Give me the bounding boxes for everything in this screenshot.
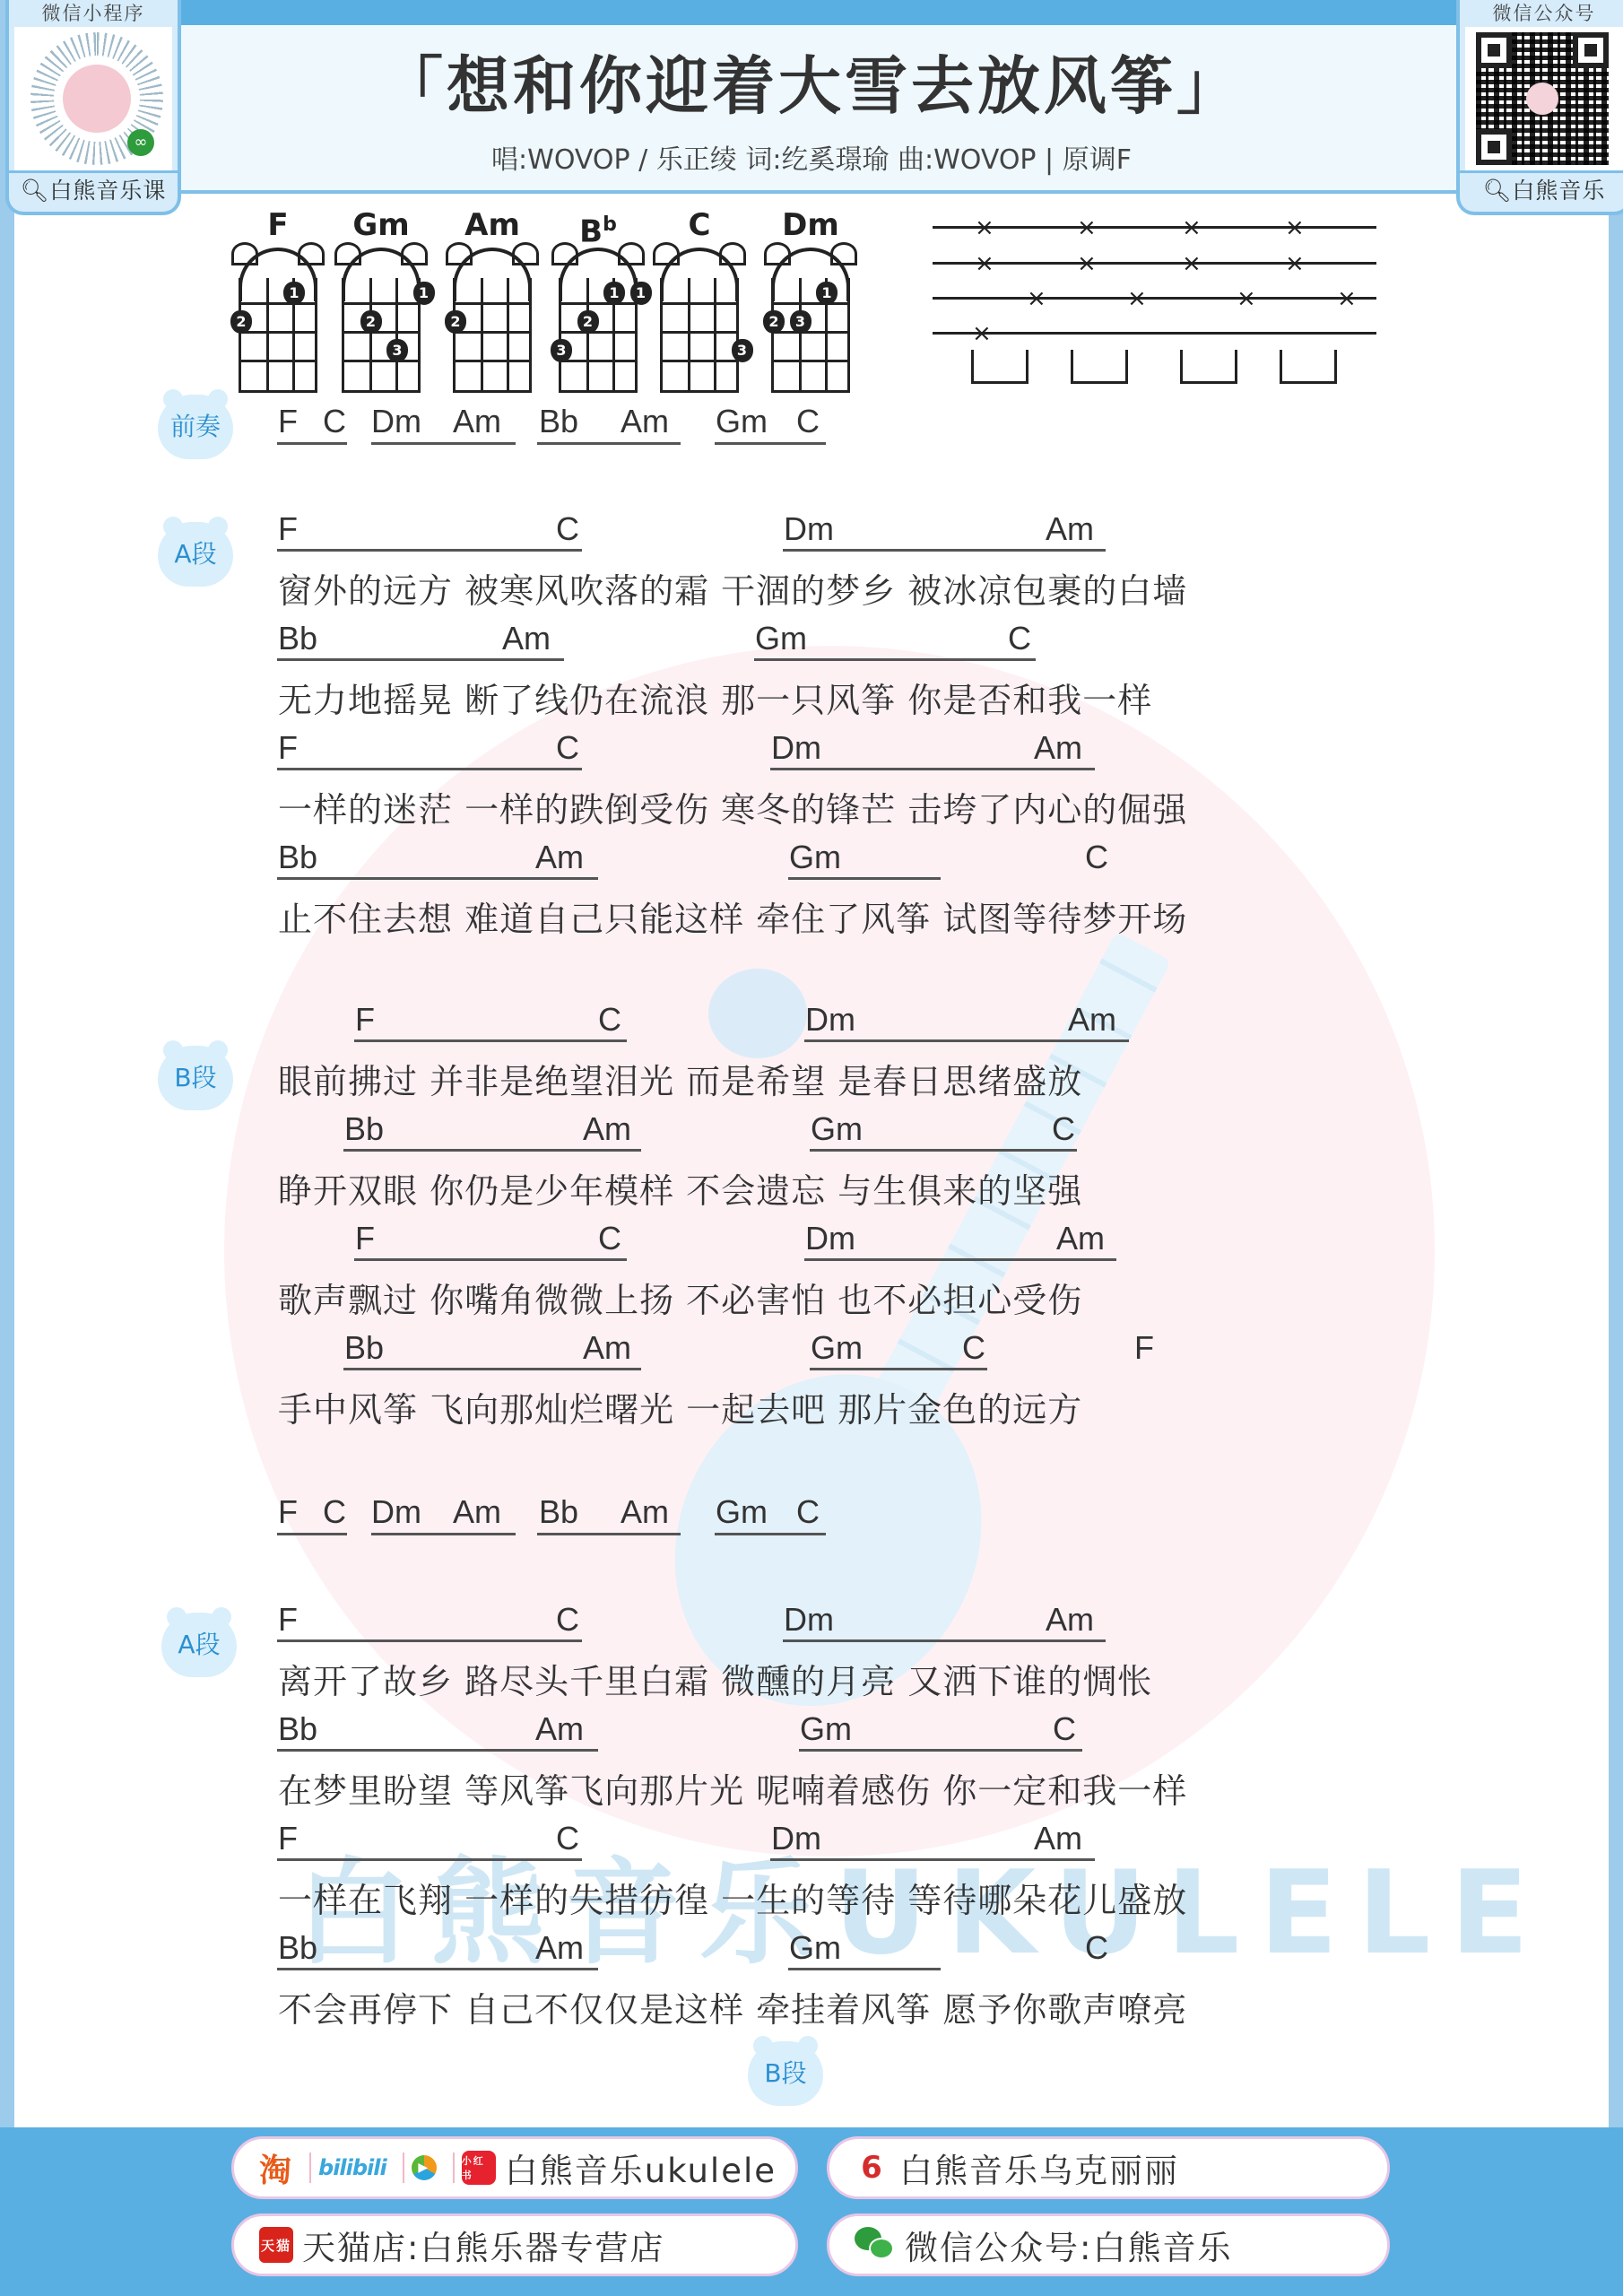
lyric-line: 无力地摇晃 断了线仍在流浪 那一只风筝 你是否和我一样	[278, 673, 1152, 722]
lyric-line: 一样的迷茫 一样的跌倒受伤 寒冬的锋芒 击垮了内心的倔强	[278, 782, 1187, 831]
rhythm-beam	[1071, 350, 1128, 384]
weibo-icon: 6	[855, 2152, 890, 2183]
chord-diagram: Bb1123	[551, 208, 645, 393]
strum-mark: ×	[1285, 219, 1303, 237]
strum-mark: ×	[1237, 290, 1254, 308]
lyric-line: 窗外的远方 被寒风吹落的霜 干涸的梦乡 被冰凉包裹的白墙	[278, 563, 1187, 613]
chord-symbol: F	[1134, 1330, 1154, 1366]
chord-line: FCDmAm	[0, 730, 1623, 770]
chord-symbol: Dm	[784, 511, 834, 547]
chord-line: BbAmGmC	[0, 1711, 1623, 1751]
finger-dot: 2	[577, 310, 599, 334]
chord-symbol: Dm	[771, 730, 821, 766]
bear-head-icon	[231, 242, 325, 278]
social-link-ukulele[interactable]: 淘 bilibili ▶ 小红书 白熊音乐ukulele	[231, 2136, 798, 2199]
chord-symbol: C	[556, 511, 579, 547]
chord-symbol: Bb	[278, 1711, 317, 1747]
strum-pattern: × × × × × × × × × × × × ×	[933, 215, 1376, 386]
official-account-label: 微信公众号	[1460, 0, 1623, 27]
strum-mark: ×	[975, 219, 993, 237]
finger-dot: 2	[230, 310, 252, 334]
chord-symbol: Gm	[789, 1930, 841, 1966]
chord-symbol: F	[278, 730, 298, 766]
fretboard-grid: 1123	[559, 278, 638, 393]
chord-symbol: Am	[1046, 511, 1094, 547]
chord-underline	[754, 658, 1036, 661]
finger-dot: 1	[283, 282, 305, 305]
bear-head-icon	[334, 242, 428, 278]
chord-name: Gm	[334, 208, 428, 242]
strum-mark: ×	[1337, 290, 1355, 308]
lyric-line: 手中风筝 飞向那灿烂曙光 一起去吧 那片金色的远方	[278, 1382, 1082, 1431]
lyric-line: 止不住去想 难道自己只能这样 牵住了风筝 试图等待梦开场	[278, 891, 1187, 941]
chord-symbol: Am	[535, 839, 584, 875]
intro-progression: F C Dm Am Bb Am Gm C	[0, 404, 1623, 443]
chord-symbol: C	[1053, 1711, 1076, 1747]
chord-underline	[277, 549, 582, 552]
chord-underline	[788, 1968, 941, 1970]
chord-line: FCDmAm	[0, 1221, 1623, 1260]
chord-underline	[810, 1149, 1077, 1152]
top-bar	[0, 0, 1623, 25]
bear-head-icon	[446, 242, 539, 278]
chord-name: C	[653, 208, 746, 242]
taobao-icon: 淘	[259, 2145, 293, 2191]
chord-symbol: C	[556, 730, 579, 766]
song-title: 「想和你迎着大雪去放风筝」	[0, 36, 1623, 126]
finger-dot: 2	[445, 310, 466, 334]
lyric-line: 离开了故乡 路尽头千里白霜 微醺的月亮 又洒下谁的惆怅	[278, 1654, 1152, 1703]
chord-line: FCDmAm	[0, 1821, 1623, 1860]
fretboard-grid: 123	[771, 278, 850, 393]
strum-mark: ×	[975, 255, 993, 273]
finger-dot: 2	[360, 310, 382, 334]
finger-dot: 3	[386, 339, 408, 362]
lyric-line: 睁开双眼 你仍是少年模样 不会遗忘 与生俱来的坚强	[278, 1163, 1082, 1213]
chord-symbol: C	[1052, 1111, 1075, 1147]
chord-underline	[770, 768, 1095, 770]
chord-symbol: C	[1085, 839, 1108, 875]
finger-dot: 3	[551, 339, 572, 362]
chord-symbol: F	[355, 1002, 375, 1038]
frame-left	[0, 0, 14, 2127]
chord-underline	[277, 1749, 598, 1752]
chord-underline	[343, 1149, 641, 1152]
bear-head-icon	[653, 242, 746, 278]
search-icon: 🔍︎	[21, 178, 50, 204]
chord-underline	[354, 1258, 627, 1261]
chord-symbol: Gm	[800, 1711, 852, 1747]
chord-symbol: F	[355, 1221, 375, 1257]
rhythm-beam	[1180, 350, 1237, 384]
bear-head-icon	[764, 242, 857, 278]
frame-right	[1609, 0, 1623, 2127]
chord-underline	[799, 1749, 1082, 1752]
chord-underline	[810, 1368, 987, 1370]
social-link-label: 白熊音乐乌克丽丽	[899, 2144, 1179, 2192]
chord-line: BbAmGmCF	[0, 1330, 1623, 1370]
chord-underline	[277, 658, 564, 661]
chord-line: BbAmGmC	[0, 839, 1623, 879]
wechat-icon	[855, 2227, 896, 2263]
chord-symbol: Am	[502, 621, 551, 657]
lyric-line: 在梦里盼望 等风筝飞向那片光 呢喃着感伤 你一定和我一样	[278, 1763, 1187, 1813]
chord-symbol: Bb	[278, 621, 317, 657]
social-link-label: 白熊音乐ukulele	[505, 2144, 777, 2192]
rhythm-beam	[1280, 350, 1337, 384]
chord-symbol: Am	[535, 1930, 584, 1966]
social-link-wechat[interactable]: 微信公众号:白熊音乐	[827, 2213, 1390, 2276]
bilibili-icon: bilibili	[318, 2155, 386, 2180]
chord-line: FCDmAm	[0, 1002, 1623, 1041]
strum-mark: ×	[1077, 219, 1095, 237]
chord-symbol: Dm	[784, 1602, 834, 1638]
chord-symbol: C	[556, 1602, 579, 1638]
fretboard-grid: 2	[453, 278, 532, 393]
fretboard-grid: 12	[239, 278, 317, 393]
chord-symbol: Am	[1056, 1221, 1105, 1257]
strum-mark: ×	[1027, 290, 1045, 308]
chord-symbol: C	[598, 1002, 621, 1038]
chord-symbol: Bb	[278, 1930, 317, 1966]
chord-line: BbAmGmC	[0, 621, 1623, 660]
chord-underline	[804, 1039, 1129, 1042]
chord-name: Am	[446, 208, 539, 242]
chord-symbol: Am	[583, 1111, 631, 1147]
lyric-line: 眼前拂过 并非是绝望泪光 而是希望 是春日思绪盛放	[278, 1054, 1082, 1103]
chord-line: FCDmAm	[0, 1602, 1623, 1641]
strum-mark: ×	[1182, 255, 1200, 273]
chord-diagram: C3	[653, 208, 746, 393]
chord-symbol: Gm	[811, 1330, 863, 1366]
chord-symbol: Am	[583, 1330, 631, 1366]
chord-underline	[354, 1039, 627, 1042]
song-credits: 唱:WOVOP / 乐正绫 词:纥奚璟瑜 曲:WOVOP | 原调F	[0, 137, 1623, 177]
chord-underline	[277, 1968, 598, 1970]
chord-symbol: Gm	[789, 839, 841, 875]
social-link-tmall[interactable]: 天猫 天猫店:白熊乐器专营店	[231, 2213, 798, 2276]
chord-symbol: Bb	[344, 1111, 384, 1147]
fretboard-grid: 123	[342, 278, 421, 393]
chord-diagram: Gm123	[334, 208, 428, 393]
chord-symbol: C	[598, 1221, 621, 1257]
chord-symbol: Gm	[811, 1111, 863, 1147]
chord-line: BbAmGmC	[0, 1930, 1623, 1970]
lyric-line: 一样在飞翔 一样的失措彷徨 一生的等待 等待哪朵花儿盛放	[278, 1873, 1187, 1922]
social-link-weibo[interactable]: 6 白熊音乐乌克丽丽	[827, 2136, 1390, 2199]
search-icon: 🔍︎	[1483, 178, 1513, 204]
finger-dot: 3	[732, 339, 753, 362]
chord-symbol: Am	[1034, 730, 1082, 766]
chord-symbol: Am	[1068, 1002, 1116, 1038]
chord-symbol: C	[1085, 1930, 1108, 1966]
chord-underline	[277, 877, 598, 880]
chord-symbol: Am	[1046, 1602, 1094, 1638]
chord-underline	[783, 1639, 1106, 1642]
social-link-label: 微信公众号:白熊音乐	[905, 2221, 1232, 2269]
chord-name: Bb	[551, 208, 645, 242]
strum-mark: ×	[1077, 255, 1095, 273]
chord-diagram: Am2	[446, 208, 539, 393]
bear-head-icon	[551, 242, 645, 278]
chord-symbol: Dm	[805, 1221, 855, 1257]
tmall-icon: 天猫	[259, 2227, 293, 2263]
chord-symbol: Am	[535, 1711, 584, 1747]
fretboard-grid: 3	[660, 278, 739, 393]
chord-symbol: F	[278, 1602, 298, 1638]
chord-symbol: C	[556, 1821, 579, 1857]
strum-mark: ×	[972, 325, 990, 343]
xiaohongshu-icon: 小红书	[462, 2151, 496, 2185]
finger-dot: 1	[413, 282, 435, 305]
rhythm-beam	[971, 350, 1028, 384]
chord-symbol: F	[278, 1821, 298, 1857]
chord-symbol: C	[962, 1330, 985, 1366]
finger-dot: 1	[816, 282, 838, 305]
finger-dot: 3	[790, 310, 811, 334]
section-badge-b2: B段	[748, 2041, 823, 2106]
strum-mark: ×	[1285, 255, 1303, 273]
chord-diagram: F12	[231, 208, 325, 393]
finger-dot: 2	[763, 310, 785, 334]
chord-symbol: F	[278, 511, 298, 547]
chord-diagram: Dm123	[764, 208, 857, 393]
lyric-line: 歌声飘过 你嘴角微微上扬 不必害怕 也不必担心受伤	[278, 1273, 1082, 1322]
chord-symbol: C	[1008, 621, 1031, 657]
chord-symbol: Gm	[755, 621, 807, 657]
chord-symbol: Am	[1034, 1821, 1082, 1857]
chord-underline	[277, 1858, 582, 1861]
lyric-line: 不会再停下 自己不仅仅是这样 牵挂着风筝 愿予你歌声嘹亮	[278, 1982, 1187, 2031]
chord-symbol: Bb	[344, 1330, 384, 1366]
interlude-progression: F C Dm Am Bb Am Gm C	[0, 1494, 1623, 1534]
chord-underline	[783, 549, 1106, 552]
chord-symbol: Bb	[278, 839, 317, 875]
mini-program-label: 微信小程序	[9, 0, 178, 27]
chord-underline	[770, 1858, 1095, 1861]
chord-name: Dm	[764, 208, 857, 242]
social-link-label: 天猫店:白熊乐器专营店	[302, 2221, 664, 2269]
chord-line: FCDmAm	[0, 511, 1623, 551]
chord-symbol: Dm	[771, 1821, 821, 1857]
chord-name: F	[231, 208, 325, 242]
chord-symbol: Dm	[805, 1002, 855, 1038]
chord-underline	[277, 1639, 582, 1642]
chord-underline	[277, 768, 582, 770]
finger-dot: 1	[630, 282, 652, 305]
chord-underline	[788, 877, 941, 880]
strum-mark: ×	[1182, 219, 1200, 237]
strum-mark: ×	[1127, 290, 1145, 308]
chord-line: BbAmGmC	[0, 1111, 1623, 1151]
finger-dot: 1	[603, 282, 625, 305]
tencent-video-icon: ▶	[412, 2155, 437, 2180]
chord-underline	[343, 1368, 641, 1370]
section-badge-b1: B段	[158, 1046, 233, 1110]
chord-underline	[804, 1258, 1116, 1261]
